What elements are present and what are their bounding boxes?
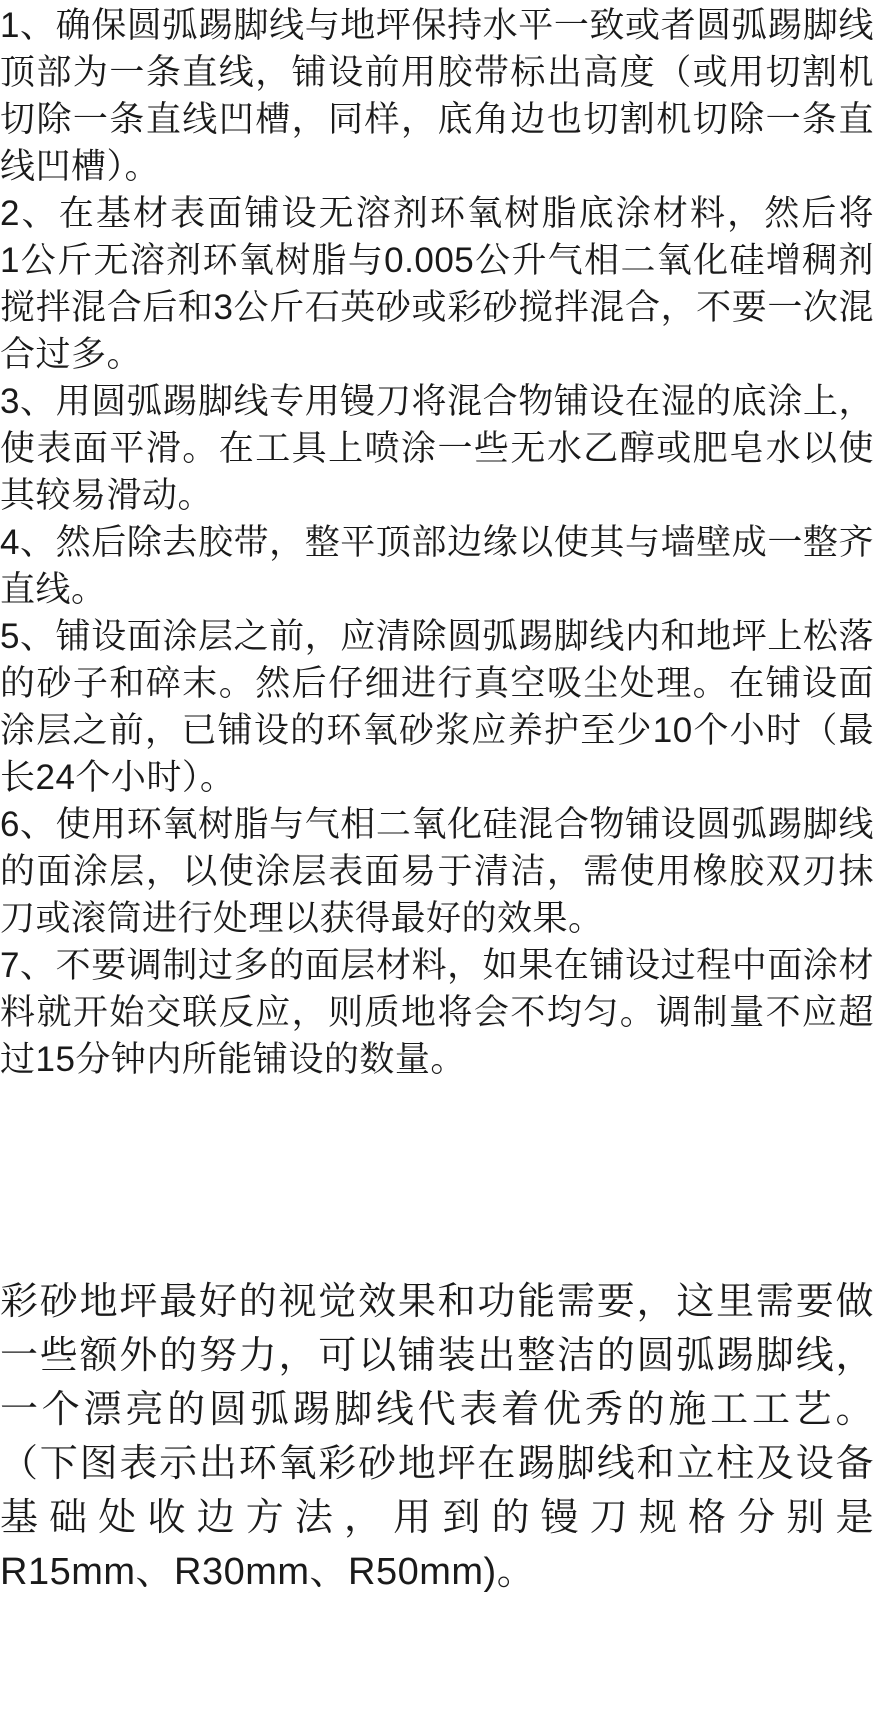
- text-line: 1、确保圆弧踢脚线与地坪保持水平一致或者圆弧踢脚线: [0, 2, 874, 49]
- text-line: 3、用圆弧踢脚线专用镘刀将混合物铺设在湿的底涂上，: [0, 378, 874, 425]
- text-line: 过15分钟内所能铺设的数量。: [0, 1036, 874, 1083]
- text-line: 其较易滑动。: [0, 472, 874, 519]
- text-line: 7、不要调制过多的面层材料，如果在铺设过程中面涂材: [0, 942, 874, 989]
- text-line: 直线。: [0, 566, 874, 613]
- text-line: 的砂子和碎末。然后仔细进行真空吸尘处理。在铺设面: [0, 660, 874, 707]
- text-line: 搅拌混合后和3公斤石英砂或彩砂搅拌混合，不要一次混: [0, 284, 874, 331]
- text-line: 长24个小时）。: [0, 754, 874, 801]
- text-line: 的面涂层，以使涂层表面易于清洁，需使用橡胶双刃抹: [0, 848, 874, 895]
- document-page: 1、确保圆弧踢脚线与地坪保持水平一致或者圆弧踢脚线顶部为一条直线，铺设前用胶带标…: [0, 0, 874, 1735]
- summary-paragraph: 彩砂地坪最好的视觉效果和功能需要，这里需要做一些额外的努力，可以铺装出整洁的圆弧…: [0, 1275, 874, 1599]
- text-line: 使表面平滑。在工具上喷涂一些无水乙醇或肥皂水以使: [0, 425, 874, 472]
- text-line: 线凹槽）。: [0, 143, 874, 190]
- text-line: 彩砂地坪最好的视觉效果和功能需要，这里需要做: [0, 1275, 874, 1329]
- installation-steps-paragraph: 1、确保圆弧踢脚线与地坪保持水平一致或者圆弧踢脚线顶部为一条直线，铺设前用胶带标…: [0, 0, 874, 1083]
- text-line: R15mm、R30mm、R50mm)。: [0, 1545, 874, 1599]
- text-line: 一些额外的努力，可以铺装出整洁的圆弧踢脚线，: [0, 1329, 874, 1383]
- text-line: 基础处收边方法，用到的镘刀规格分别是: [0, 1491, 874, 1545]
- text-line: 6、使用环氧树脂与气相二氧化硅混合物铺设圆弧踢脚线: [0, 801, 874, 848]
- text-line: 刀或滚筒进行处理以获得最好的效果。: [0, 895, 874, 942]
- text-line: 合过多。: [0, 331, 874, 378]
- paragraph-gap: [0, 1083, 874, 1275]
- text-line: 1公斤无溶剂环氧树脂与0.005公升气相二氧化硅增稠剂: [0, 237, 874, 284]
- text-line: （下图表示出环氧彩砂地坪在踢脚线和立柱及设备: [0, 1437, 874, 1491]
- text-line: 5、铺设面涂层之前，应清除圆弧踢脚线内和地坪上松落: [0, 613, 874, 660]
- text-line: 4、然后除去胶带，整平顶部边缘以使其与墙壁成一整齐: [0, 519, 874, 566]
- text-line: 2、在基材表面铺设无溶剂环氧树脂底涂材料，然后将: [0, 190, 874, 237]
- text-line: 一个漂亮的圆弧踢脚线代表着优秀的施工工艺。: [0, 1383, 874, 1437]
- text-line: 料就开始交联反应，则质地将会不均匀。调制量不应超: [0, 989, 874, 1036]
- text-line: 顶部为一条直线，铺设前用胶带标出高度（或用切割机: [0, 49, 874, 96]
- text-line: 切除一条直线凹槽，同样，底角边也切割机切除一条直: [0, 96, 874, 143]
- text-line: 涂层之前，已铺设的环氧砂浆应养护至少10个小时（最: [0, 707, 874, 754]
